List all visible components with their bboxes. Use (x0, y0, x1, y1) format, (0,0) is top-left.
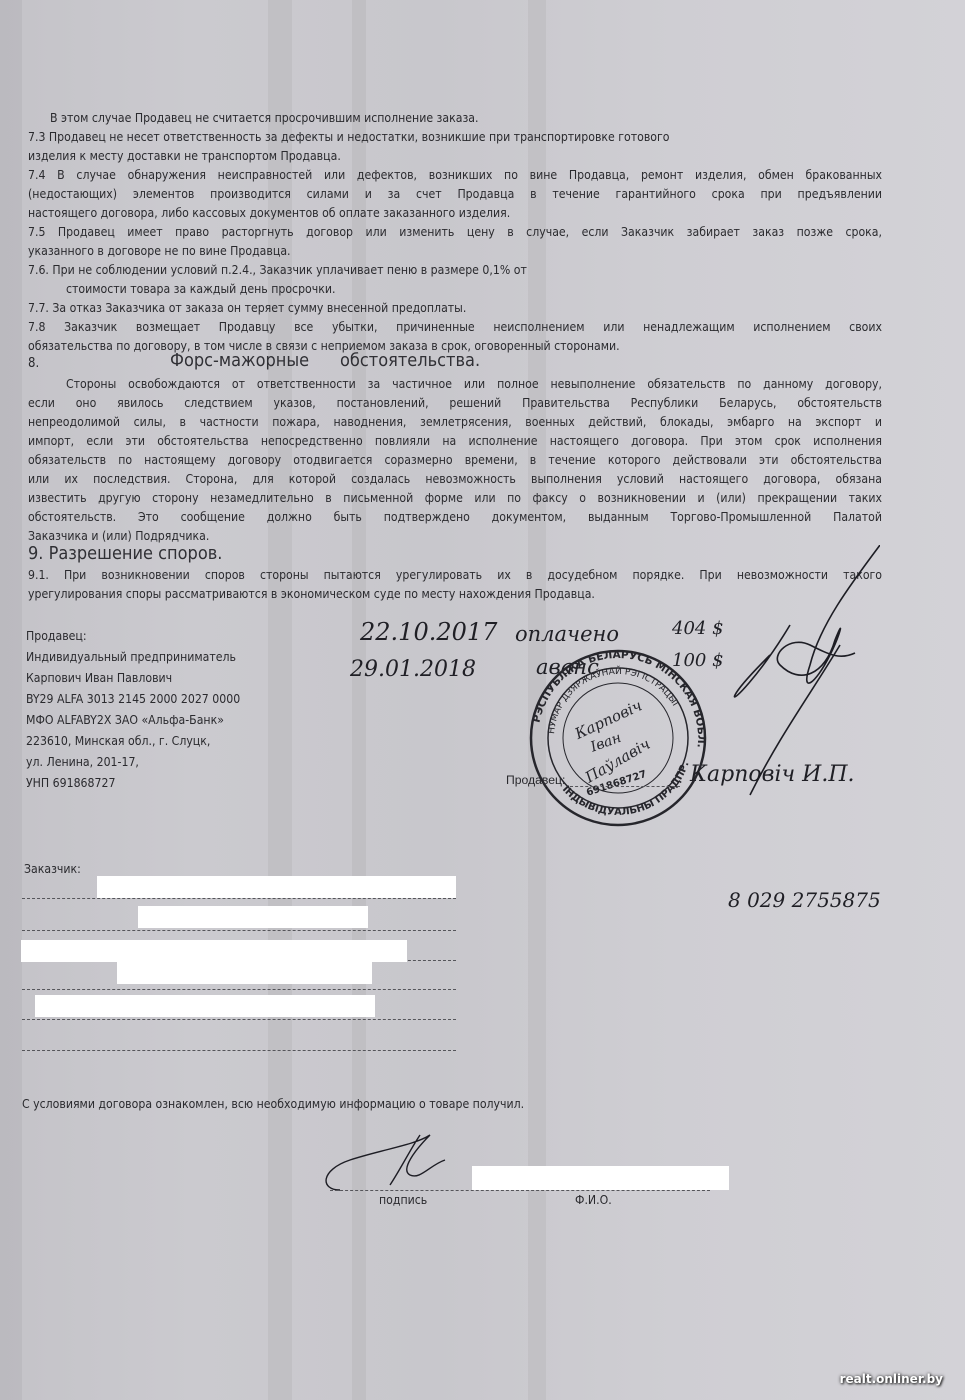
clause-text: (недостающих) элементов производится сил… (28, 187, 882, 201)
clause-7-8: 7.8 Заказчик возмещает Продавцу все убыт… (28, 320, 882, 334)
redaction-box (472, 1166, 729, 1190)
seller-label: Продавец: (26, 629, 87, 643)
clause-7-3: 7.3 Продавец не несет ответственность за… (28, 130, 669, 144)
redaction-box (97, 876, 456, 898)
clause-text: изделия к месту доставки не транспортом … (28, 149, 341, 163)
clause-7-6: 7.6. При не соблюдении условий п.2.4., З… (28, 263, 527, 277)
seller-line: ул. Ленина, 201-17, (26, 755, 139, 769)
clause-text: указанного в договоре не по вине Продавц… (28, 244, 291, 258)
handwritten-note-1: оплачено (515, 622, 619, 646)
section-8-text: или их последствия. Сторона, для которой… (28, 472, 882, 486)
customer-phone: 8 029 2755875 (728, 888, 881, 912)
clause-7-4: 7.4 В случае обнаружения неисправностей … (28, 168, 882, 182)
section-8-number: 8. (28, 356, 39, 371)
seller-line: МФО ALFABY2X ЗАО «Альфа-Банк» (26, 713, 224, 727)
section-8-text: обязательств по настоящему договору отод… (28, 453, 882, 467)
customer-field-line (22, 1019, 456, 1020)
seller-line: УНП 691868727 (26, 776, 115, 790)
seller-line: Индивидуальный предприниматель (26, 650, 236, 664)
scan-streak (0, 0, 22, 1400)
seller-signature-label: Продавец: (506, 773, 565, 787)
handwritten-date-1: 22.10.2017 (360, 618, 497, 646)
section-8-text: импорт, если эти обстоятельства непосред… (28, 434, 882, 448)
watermark: realt.onliner.by (840, 1372, 943, 1386)
redaction-box (35, 995, 375, 1017)
clause-9-1-cont: урегулирования споры рассматриваются в э… (28, 587, 595, 601)
section-9-title: 9. Разрешение споров. (28, 543, 222, 564)
redaction-box (138, 906, 368, 928)
seller-signature-line (570, 786, 680, 787)
section-8-title: Форс-мажорные обстоятельства. (170, 350, 480, 371)
company-stamp: РЭСПУБЛІКА БЕЛАРУСЬ МІНСКАЯ ВОБЛ. НУМАР … (528, 648, 708, 828)
clause-text: стоимости товара за каждый день просрочк… (66, 282, 335, 296)
svg-text:ІНДЫВІДУАЛЬНЫ ПРАДПР.: ІНДЫВІДУАЛЬНЫ ПРАДПР. (560, 760, 692, 818)
customer-field-line (22, 1050, 456, 1051)
section-8-text: Стороны освобождаются от ответственности… (66, 377, 882, 391)
acknowledgement-text: С условиями договора ознакомлен, всю нео… (22, 1097, 524, 1111)
seller-line: BY29 ALFA 3013 2145 2000 2027 0000 (26, 692, 240, 706)
customer-field-line (22, 930, 456, 931)
clause-text: В этом случае Продавец не считается прос… (50, 111, 479, 125)
redaction-box (21, 940, 407, 962)
customer-signature-line (330, 1190, 710, 1191)
customer-label: Заказчик: (24, 862, 81, 876)
section-8-text: известить другую сторону незамедлительно… (28, 491, 882, 505)
seller-line: Карпович Иван Павлович (26, 671, 172, 685)
signature-caption: подпись (379, 1193, 427, 1207)
customer-field-line (22, 989, 456, 990)
section-8-text: Заказчика и (или) Подрядчика. (28, 529, 209, 543)
section-8-text: если оно явилось следствием указов, пост… (28, 396, 882, 410)
clause-7-7: 7.7. За отказ Заказчика от заказа он тер… (28, 301, 466, 315)
seller-signature-name: Карповіч И.П. (690, 762, 855, 787)
redaction-box (117, 962, 372, 984)
seller-line: 223610, Минская обл., г. Слуцк, (26, 734, 210, 748)
customer-field-line (22, 898, 456, 899)
handwritten-date-2: 29.01.2018 (350, 657, 476, 682)
clause-text: настоящего договора, либо кассовых докум… (28, 206, 510, 220)
clause-7-5: 7.5 Продавец имеет право расторгнуть дог… (28, 225, 882, 239)
section-8-text: обстоятельств. Это сообщение должно быть… (28, 510, 882, 524)
name-caption: Ф.И.О. (575, 1193, 612, 1207)
section-8-text: непреодолимой силы, в частности пожара, … (28, 415, 882, 429)
